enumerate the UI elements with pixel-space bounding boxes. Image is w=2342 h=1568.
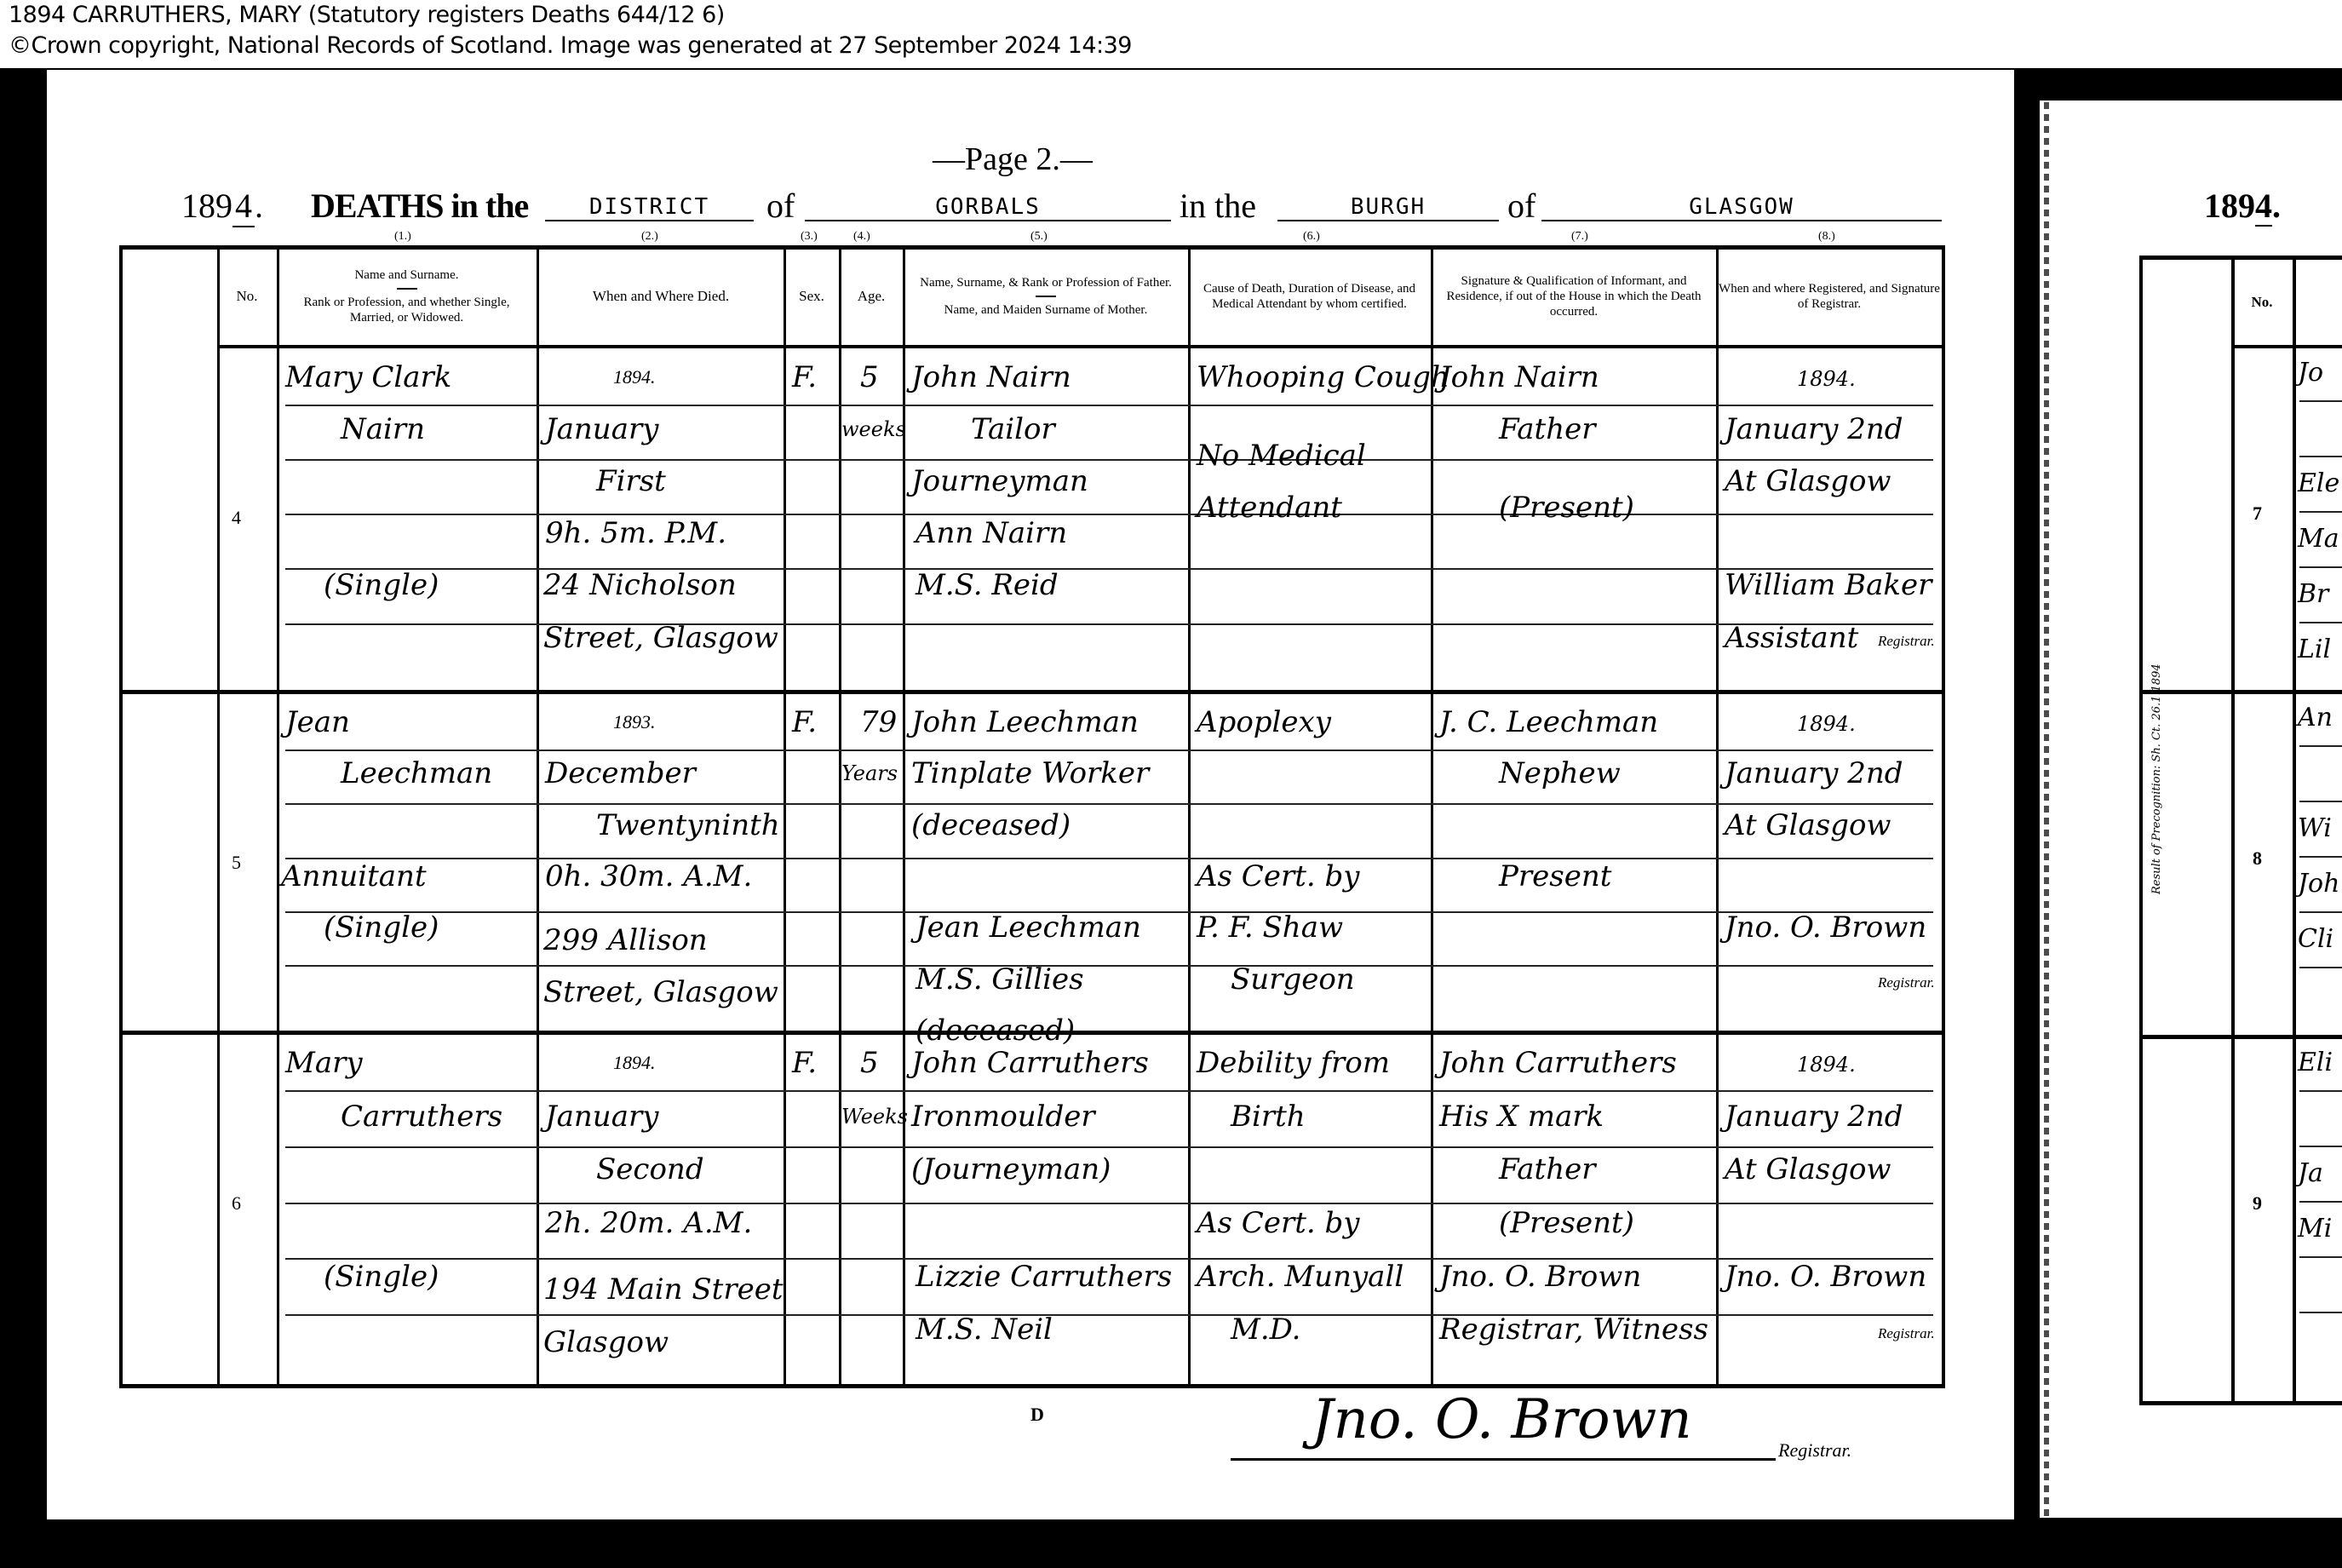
division-type: DISTRICT [545,194,754,221]
division-name: GORBALS [805,194,1171,221]
registrar-signature: Jno. O. Brown [1312,1388,1692,1451]
ruled-line [285,803,1933,805]
ruled-line [285,1203,1933,1204]
informant-detail: Nephew [1499,758,1621,789]
column-rule [119,245,123,1384]
area-name: GLASGOW [1541,194,1942,221]
death-where: 299 Allison [543,925,708,956]
age-value: 5 [860,1048,879,1078]
registration-year: 1894. [1797,364,1856,394]
entry-number: 5 [232,852,241,874]
column-rule [1716,245,1719,1384]
header-when-where: When and Where Died. [538,247,784,345]
registrar-qualifier: Assistant [1725,623,1858,653]
ruled-line [285,623,1933,625]
adjacent-header-rule [2231,345,2342,348]
page-gutter [2044,102,2049,1516]
ruled-line [285,514,1933,515]
adjacent-ruled-line [2299,1256,2342,1258]
adjacent-handwriting-fragment: Lil [2298,635,2331,665]
adjacent-header-no: No. [2233,260,2291,345]
registrar-signature-entry: Jno. O. Brown [1725,1261,1926,1292]
mother-detail: M.S. Neil [916,1314,1053,1345]
ruled-line [285,459,1933,461]
father-detail: (Journeyman) [911,1154,1111,1185]
death-when: Twentyninth [596,810,780,841]
mother-detail: Lizzie Carruthers [916,1261,1172,1292]
mother-detail: M.S. Reid [916,570,1059,600]
adjacent-handwriting-fragment: Jo [2298,358,2323,388]
sex: F. [792,362,817,393]
cause-of-death: Arch. Munyall [1197,1261,1403,1292]
header-bottom-rule [217,345,1942,348]
year: 1894. [181,186,263,227]
adjacent-year-suffix: 4 [2255,187,2272,227]
entry-number: 4 [232,507,241,529]
informant-detail: (Present) [1499,1208,1634,1238]
colnum-2: (2.) [641,230,658,244]
ruled-line [285,568,1933,570]
adjacent-handwriting-fragment: Mi [2298,1214,2332,1244]
informant-detail: Jno. O. Brown [1439,1261,1641,1292]
father-detail: Journeyman [911,466,1088,497]
column-rule [784,245,786,1384]
signature-line [1231,1458,1776,1461]
registration-date: January 2nd [1725,758,1903,789]
cause-of-death: Whooping Cough [1197,362,1449,393]
ruled-line [285,405,1933,406]
cause-of-death: P. F. Shaw [1197,912,1343,943]
adjacent-register-page [2040,101,2342,1518]
registrar-label: Registrar. [1878,1325,1935,1342]
death-when: January [545,1101,658,1132]
deceased-name: Jean [285,707,350,738]
registration-place: At Glasgow [1725,466,1891,497]
registrar-signature-entry: Jno. O. Brown [1725,912,1926,943]
adjacent-ruled-line [2299,566,2342,568]
informant-detail: Registrar, Witness [1439,1314,1708,1345]
death-when: 0h. 30m. A.M. [545,861,752,892]
adjacent-handwriting-fragment: Ja [2298,1158,2323,1189]
death-where: 24 Nicholson [543,570,737,600]
deceased-name: Mary [285,1048,363,1078]
header-age: Age. [841,247,902,345]
ruled-line [285,965,1933,967]
colnum-4: (4.) [853,230,870,244]
death-when: 2h. 20m. A.M. [545,1208,752,1238]
informant-detail: His X mark [1439,1101,1604,1132]
informant-detail: Father [1499,414,1596,445]
cause-of-death: Surgeon [1231,964,1355,995]
father-detail: John Leechman [911,707,1139,738]
father-detail: John Carruthers [911,1048,1149,1078]
adjacent-handwriting-fragment: Cli [2298,924,2333,955]
adjacent-ruled-line [2299,1201,2342,1203]
registrar-label: Registrar. [1878,974,1935,991]
header-cause: Cause of Death, Duration of Disease, and… [1192,247,1426,345]
page-mark: D [1030,1404,1044,1426]
death-year: 1894. [613,1048,656,1078]
adjacent-bottom-rule [2139,1401,2342,1405]
cause-of-death: Birth [1231,1101,1306,1132]
adjacent-handwriting-fragment: Ma [2298,524,2339,554]
year-prefix: 189 [181,187,232,225]
colnum-8: (8.) [1818,230,1835,244]
age-unit: Weeks [841,1101,908,1132]
adjacent-entry-rule [2139,1035,2342,1039]
registration-date: January 2nd [1725,414,1903,445]
adjacent-column-rule [2139,256,2143,1401]
header-name-b: Rank or Profession, and whether Single, … [281,295,532,325]
deceased-name: Mary Clark [285,362,451,393]
death-where: Street, Glasgow [543,623,778,653]
adjacent-ruled-line [2299,745,2342,747]
informant-detail: John Carruthers [1439,1048,1677,1078]
adjacent-handwriting-fragment: Joh [2298,869,2339,899]
adjacent-column-rule [2231,256,2235,1401]
adjacent-ruled-line [2299,511,2342,513]
header-registered: When and where Registered, and Signature… [1719,247,1940,345]
adjacent-ruled-line [2299,1090,2342,1092]
death-when: December [545,758,696,789]
adjacent-margin-note: Result of Precognition: Sh. Ct. 26.1.189… [2150,663,2163,894]
record-title: 1894 CARRUTHERS, MARY (Statutory registe… [9,2,725,28]
age-unit: weeks [841,414,906,445]
informant-detail: Father [1499,1154,1596,1185]
column-rule [537,245,539,1384]
copyright-notice: ©Crown copyright, National Records of Sc… [9,32,1132,59]
death-where: 194 Main Street [543,1274,783,1305]
cause-of-death: Apoplexy [1197,707,1331,738]
mother-detail: (deceased) [916,1015,1075,1046]
adjacent-ruled-line [2299,622,2342,623]
header-father: Name, Surname, & Rank or Profession of F… [920,275,1172,290]
mother-detail: Jean Leechman [916,912,1141,943]
death-where: Street, Glasgow [543,977,778,1008]
marital-status: (Single) [324,1261,439,1292]
adjacent-handwriting-fragment: An [2298,703,2333,733]
column-rule [1431,245,1433,1384]
registration-place: At Glasgow [1725,810,1891,841]
header-name-a: Name and Surname. [354,267,458,283]
adjacent-year-prefix: 189 [2204,187,2255,225]
header-divider [1036,296,1056,297]
sex: F. [792,707,817,738]
column-rule [217,245,220,1384]
header-no: No. [217,247,277,345]
adjacent-ruled-line [2299,856,2342,858]
header-divider [397,288,417,290]
adjacent-year: 1894. [2204,186,2281,226]
registration-place: At Glasgow [1725,1154,1891,1185]
adjacent-entry-no-9: 9 [2253,1192,2262,1215]
death-when: January [545,414,658,445]
ruled-line [285,1146,1933,1148]
cause-of-death: Debility from [1197,1048,1390,1078]
cause-of-death: Attendant [1197,492,1342,523]
colnum-6: (6.) [1303,230,1320,244]
of-label-1: of [766,186,795,226]
age-value: 5 [860,362,879,393]
death-when: Second [596,1154,704,1185]
registration-year: 1894. [1797,709,1856,739]
adjacent-handwriting-fragment: Eli [2298,1048,2333,1078]
deceased-surname: Carruthers [341,1101,502,1132]
colnum-3: (3.) [801,230,818,244]
adjacent-ruled-line [2299,456,2342,457]
marital-status: (Single) [324,912,439,943]
column-rule [277,245,279,1384]
entry-separator-rule [119,690,1945,694]
adjacent-ruled-line [2299,1312,2342,1313]
registrar-label: Registrar. [1878,633,1935,650]
deceased-profession: Annuitant [281,861,427,892]
header-sex: Sex. [785,247,838,345]
deceased-surname: Leechman [341,758,492,789]
age-value: 79 [860,707,897,738]
registrar-signature-entry: William Baker [1725,570,1932,600]
father-detail: John Nairn [911,362,1071,393]
death-year: 1894. [613,362,656,393]
adjacent-ruled-line [2299,1146,2342,1147]
area-type: BURGH [1277,194,1499,221]
death-where: Glasgow [543,1327,669,1358]
entry-number: 6 [232,1192,241,1215]
informant-detail: (Present) [1499,492,1634,523]
year-suffix: 4 [232,186,255,227]
cause-of-death: As Cert. by [1197,1208,1359,1238]
registrar-label: Registrar. [1778,1439,1851,1462]
informant-detail: John Nairn [1439,362,1599,393]
father-detail: Ironmoulder [911,1101,1095,1132]
adjacent-handwriting-fragment: Wi [2298,813,2332,844]
header-informant: Signature & Qualification of Informant, … [1433,247,1714,345]
adjacent-ruled-line [2299,967,2342,968]
column-rule [1942,245,1945,1384]
adjacent-entry-no-8: 8 [2253,847,2262,870]
father-detail: Tinplate Worker [911,758,1149,789]
adjacent-ruled-line [2299,400,2342,402]
colnum-7: (7.) [1571,230,1588,244]
adjacent-handwriting-fragment: Ele [2298,468,2339,499]
adjacent-ruled-line [2299,911,2342,913]
ruled-line [285,1090,1933,1092]
registration-year: 1894. [1797,1049,1856,1080]
adjacent-handwriting-fragment: Br [2298,579,2328,610]
ruled-line [285,858,1933,859]
header-father-mother: Name, Surname, & Rank or Profession of F… [904,247,1187,345]
death-year: 1893. [613,707,656,738]
father-detail: (deceased) [911,810,1071,841]
sex: F. [792,1048,817,1078]
death-when: First [596,466,666,497]
colnum-1: (1.) [394,230,411,244]
ruled-line [285,750,1933,751]
father-detail: Tailor [971,414,1055,445]
header-name: Name and Surname. Rank or Profession, an… [281,247,532,345]
column-rule [1188,245,1191,1384]
adjacent-column-rule [2293,256,2296,1401]
informant-detail: J. C. Leechman [1439,707,1658,738]
cause-of-death: No Medical [1197,440,1366,471]
marital-status: (Single) [324,570,439,600]
adjacent-entry-no-7: 7 [2253,503,2262,525]
deaths-in-the: DEATHS in the [311,186,528,226]
age-unit: Years [841,758,898,789]
colnum-5: (5.) [1030,230,1048,244]
mother-detail: M.S. Gillies [916,964,1084,995]
adjacent-entry-rule [2139,690,2342,694]
mother-detail: Ann Nairn [916,518,1067,549]
header-mother: Name, and Maiden Surname of Mother. [944,302,1148,318]
death-when: 9h. 5m. P.M. [545,518,726,549]
cause-of-death: M.D. [1231,1314,1300,1345]
deceased-surname: Nairn [341,414,425,445]
of-label-2: of [1507,186,1536,226]
adjacent-ruled-line [2299,801,2342,802]
registration-date: January 2nd [1725,1101,1903,1132]
cause-of-death: As Cert. by [1197,861,1359,892]
in-the-label: in the [1180,186,1256,226]
page-label: —Page 2.— [933,141,1093,178]
informant-detail: Present [1499,861,1611,892]
